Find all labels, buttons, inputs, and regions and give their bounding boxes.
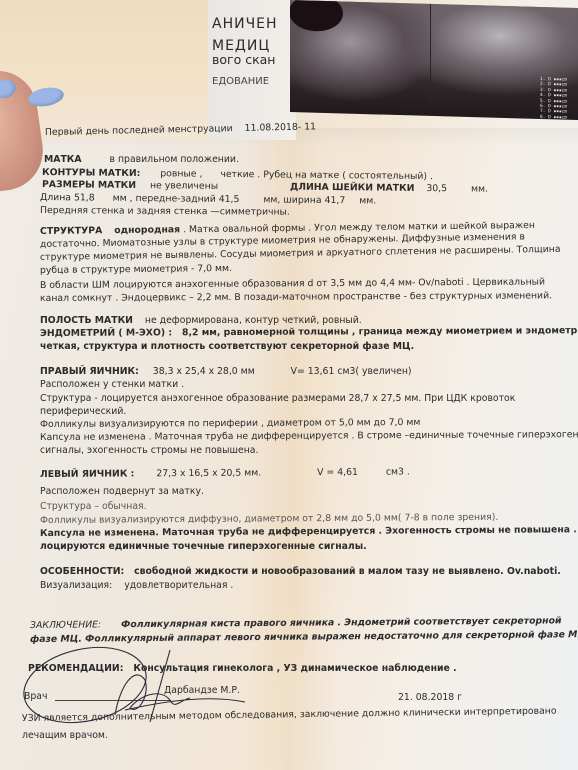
right-ovary-line: ПРАВЫЙ ЯИЧНИК: 38,3 x 25,4 x 28,0 мм V= … [40,366,412,377]
uterus-label: МАТКА [44,154,82,165]
photo-scene: АНИЧЕН МЕДИЦ вого скан ЕДОВАНИЕ 1. D ▪▪▪… [0,0,578,770]
signature-line [55,700,170,701]
right-ovary-volume: V= 13,61 см3( увеличен) [291,366,412,377]
right-ovary-capsule: Капсула не изменена . Маточная труба не … [40,429,578,443]
disclaimer-line-2: лечащим врачом. [22,730,108,741]
lmp-line: Первый день последней менструации 11.08.… [45,121,316,138]
right-ovary-capsule-2: сигналы, эхогенность стромы не повышена. [40,445,258,456]
uterus-position: в правильном положении. [110,154,239,165]
conclusion-line-1: ЗАКЛЮЧЕНИЕ: Фолликулярная киста правого … [30,615,562,631]
conclusion-label: ЗАКЛЮЧЕНИЕ: [30,619,101,631]
left-ovary-line: ЛЕВЫЙ ЯИЧНИК : 27,3 x 16,5 x 20,5 мм. V … [40,466,410,480]
cervix-length-value: 30,5 [426,183,447,194]
ap-unit: мм, [263,194,280,205]
visualization-line: Визуализация: удовлетворительная . [40,580,233,591]
width-value: 41,7 [325,195,346,206]
recommendations-value: Консультация гинеколога , УЗ динамическо… [133,663,456,674]
endometrium-line: ЭНДОМЕТРИЙ ( М-ЭХО) : 8,2 мм, равномерно… [40,325,578,339]
doctor-name: Дарбандзе М.Р. [164,685,240,696]
right-ovary-structure-2: периферический. [40,406,126,417]
structure-line-5: В области ШМ лоцируются анэхогенные обра… [40,276,545,291]
size-label: РАЗМЕРЫ МАТКИ [42,179,136,191]
structure-value: однородная [114,224,180,236]
uterus-line: МАТКА в правильном положении. [44,154,239,165]
left-ovary-label: ЛЕВЫЙ ЯИЧНИК : [40,468,134,480]
doctor-label: Врач [24,691,47,702]
left-ovary-location: Расположен подвернут за матку. [40,486,204,497]
right-ovary-label: ПРАВЫЙ ЯИЧНИК: [40,366,139,377]
cervix-length-unit: мм. [471,183,488,194]
length-unit: мм , [113,193,133,204]
visualization-label: Визуализация: [40,580,112,591]
cavity-line: ПОЛОСТЬ МАТКИ не деформирована, контур ч… [40,315,362,326]
right-ovary-dims: 38,3 x 25,4 x 28,0 мм [153,366,255,377]
left-ovary-structure: Структура – обычная. [40,501,147,512]
left-ovary-capsule-2: лоцируются единичные точечные гиперэхоге… [40,541,367,552]
right-ovary-location: Расположен у стенки матки . [40,379,184,390]
contours-value-2: четкие . Рубец на матке ( состоятельный)… [220,169,433,182]
recommendations-label: РЕКОМЕНДАЦИИ: [28,663,123,674]
conclusion-text-1: Фолликулярная киста правого яичника . Эн… [121,615,561,630]
length-value: 51,8 [74,192,95,203]
structure-line-6: канал сомкнут . Эндоцервикс – 2,2 мм. В … [40,290,552,304]
structure-line-4: рубца в структуре миометрия - 7,0 мм. [40,263,232,276]
lmp-value: 11.08.2018- 11 [244,121,316,133]
features-value: свободной жидкости и новообразований в м… [134,566,561,577]
width-unit: мм. [359,195,376,206]
features-label: ОСОБЕННОСТИ: [40,566,124,577]
contours-value: ровные , [160,168,202,179]
report-date: 21. 08.2018 г [398,692,462,703]
walls-line: Передняя стенка и задняя стенка —симметр… [40,205,290,218]
endometrium-line-2: четкая, структура и плотность соответств… [40,341,414,352]
left-ovary-follicles: Фолликулы визуализируются диффузно, диам… [40,512,498,526]
conclusion-line-2: фазе МЦ. Фолликулярный аппарат левого яи… [30,629,578,645]
features-line: ОСОБЕННОСТИ: свободной жидкости и новооб… [40,566,561,577]
left-ovary-volume-label: V = [317,467,334,478]
ap-value: 41,5 [219,194,240,205]
cavity-label: ПОЛОСТЬ МАТКИ [40,315,133,326]
structure-label: СТРУКТУРА [40,225,102,237]
left-ovary-dims: 27,3 x 16,5 x 20,5 мм. [156,467,261,479]
visualization-value: удовлетворительная . [124,580,233,591]
endometrium-label: ЭНДОМЕТРИЙ ( М-ЭХО) : [40,327,172,339]
disclaimer-line-1: УЗИ является дополнительным методом обсл… [22,706,557,724]
size-value: не увеличены [150,180,218,192]
cavity-value: не деформирована, контур четкий, ровный. [145,315,362,326]
width-label: ширина [283,195,321,206]
cervix-length-label: ДЛИНА ШЕЙКИ МАТКИ [290,182,415,194]
report-body: Первый день последней менструации 11.08.… [0,0,578,770]
recommendations-line: РЕКОМЕНДАЦИИ: Консультация гинеколога , … [28,663,457,674]
left-ovary-volume-unit: см3 . [386,466,410,477]
right-ovary-follicles: Фолликулы визуализируются по периферии ,… [40,417,420,430]
right-ovary-structure: Структура - лоцируется анэхогенное образ… [40,393,515,404]
endometrium-value: 8,2 мм, равномерной толщины , граница ме… [182,325,578,338]
length-label: Длина [40,192,71,203]
left-ovary-capsule: Капсула не изменена. Маточная труба не д… [40,524,578,539]
lmp-label: Первый день последней менструации [45,123,233,138]
dimensions-line: Длина 51,8 мм , передне-задний 41,5 мм, … [40,192,376,207]
contours-label: КОНТУРЫ МАТКИ: [42,167,140,179]
left-ovary-volume-value: 4,61 [337,467,358,478]
ap-label: передне-задний [135,193,215,205]
